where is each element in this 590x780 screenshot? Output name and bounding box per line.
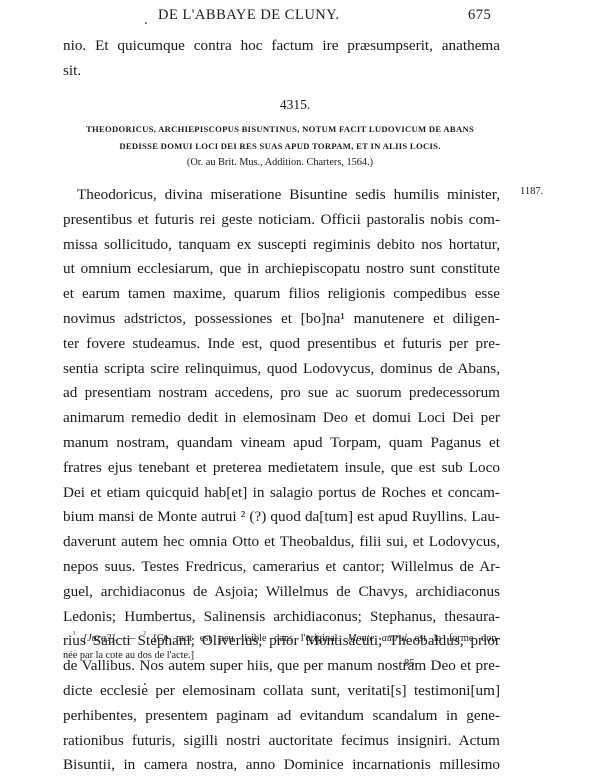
text-line: fratres ejus tenebant et preterea mediet…: [63, 456, 500, 481]
text-line: ad presentiam nostram accedens, pro sue …: [63, 381, 500, 406]
text-line: Dei et etiam quicquid hab[et] in salagio…: [63, 481, 500, 506]
text-line: manum nostram, quandam vineam apud Torpa…: [63, 431, 500, 456]
footnote-mark-1: ¹: [73, 630, 75, 639]
print-speck: [145, 22, 147, 24]
text-line: nio. Et quicumque contra hoc factum ire …: [63, 34, 500, 59]
text-line: dicte ecclesie per elemosinam collata su…: [63, 679, 500, 704]
footnote-separator: —: [118, 633, 144, 644]
text-line: bium mansi de Monte autrui ² (?) quod da…: [63, 505, 500, 530]
text-line: animarum remedio dedit in elemosinam Deo…: [63, 406, 500, 431]
text-line: ter fovere studeamus. Inde est, quod pre…: [63, 332, 500, 357]
summary-line: DEDISSE DOMUI LOCI DEI RES SUAS APUD TOR…: [60, 138, 500, 155]
charter-number: 4315.: [0, 97, 590, 113]
text-line: sit.: [63, 59, 500, 84]
running-title: DE L'ABBAYE DE CLUNY.: [158, 7, 339, 24]
print-speck: [144, 683, 146, 685]
page-number: 675: [468, 7, 491, 24]
text-line: Theodoricus, divina miseratione Bisuntin…: [63, 183, 500, 208]
footnote-2-text: [Ce mot est peu lisible dans l'original.: [153, 633, 347, 644]
text-line: daverunt autem hec omnia Otto et Theobal…: [63, 530, 500, 555]
text-line: Ledonis; Humbertus, Salinensis archidiac…: [63, 605, 500, 630]
text-line: nepos suus. Testes Fredricus, camerarius…: [63, 555, 500, 580]
signature-mark: 85.: [404, 658, 417, 669]
footnote-2-italic: Monte autrui: [348, 633, 407, 644]
footnote-2-text-cont: est la forme don-: [407, 633, 500, 644]
footnote-1-text: [Jura?].: [83, 633, 118, 644]
text-line: guel, archidiaconus de Asjoia; Willelmus…: [63, 580, 500, 605]
charter-source: (Or. au Brit. Mus., Addition. Charters, …: [0, 157, 560, 168]
footnote-line-2: née par la cote au dos de l'acte.]: [63, 647, 500, 664]
text-line: novimus adstrictos, possessiones et [bo]…: [63, 307, 500, 332]
text-line: ut omnium ecclesiarum, que in archiepisc…: [63, 257, 500, 282]
text-line: sentia scripta scire relinquimus, quod L…: [63, 357, 500, 382]
summary-line: THEODORICUS, ARCHIEPISCOPUS BISUNTINUS, …: [60, 121, 500, 138]
text-line: presentibus et futuris rei geste noticia…: [63, 208, 500, 233]
text-line: Bisuntii, in camera nostra, anno Dominic…: [63, 753, 500, 778]
margin-date: 1187.: [520, 186, 543, 197]
text-line: missa sollicitudo, tanquam ex suscepti r…: [63, 233, 500, 258]
continuation-text: nio. Et quicumque contra hoc factum ire …: [63, 34, 500, 84]
footnote-line: ¹ [Jura?]. — ² [Ce mot est peu lisible d…: [63, 630, 500, 647]
text-line: et earum tamen maxime, quarum filios rel…: [63, 282, 500, 307]
footnote-mark-2: ²: [143, 630, 145, 639]
document-page: DE L'ABBAYE DE CLUNY. 675 nio. Et quicum…: [0, 0, 590, 780]
footnotes: ¹ [Jura?]. — ² [Ce mot est peu lisible d…: [63, 630, 500, 664]
charter-body: Theodoricus, divina miseratione Bisuntin…: [63, 183, 500, 778]
text-line: perhibentes, presentem paginam ad evitan…: [63, 704, 500, 729]
text-line: rationibus futuris, sigilli nostri aucto…: [63, 729, 500, 754]
charter-summary: THEODORICUS, ARCHIEPISCOPUS BISUNTINUS, …: [60, 121, 500, 155]
